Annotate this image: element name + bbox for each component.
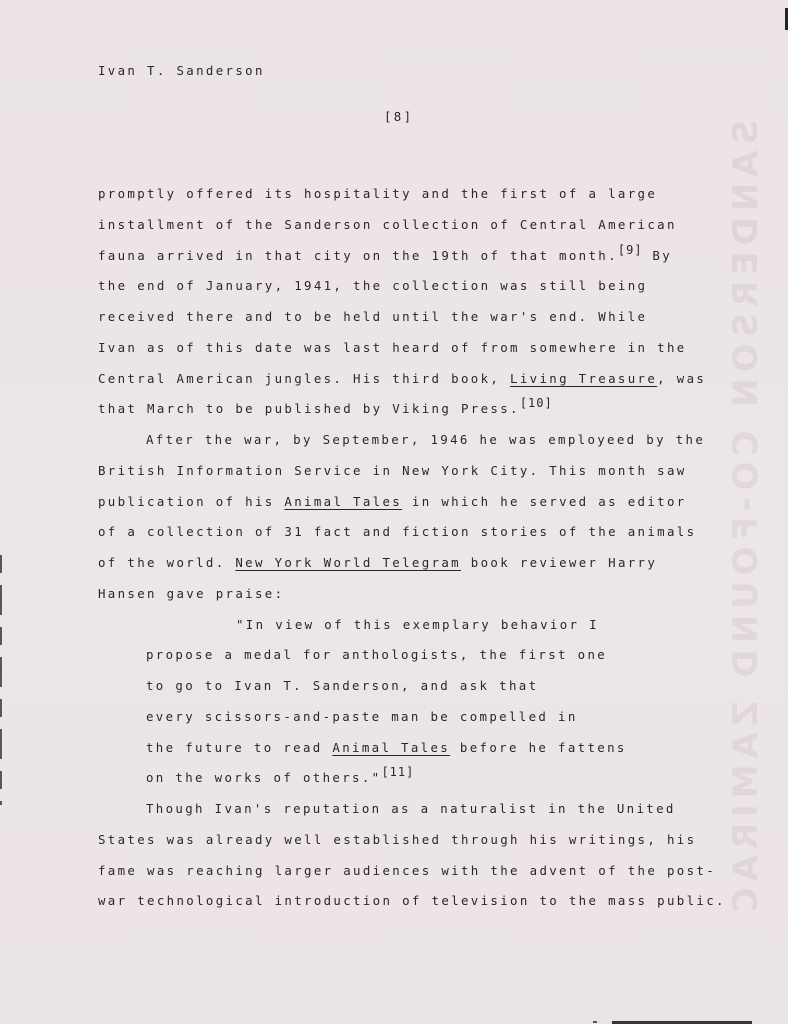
quote-line: to go to Ivan T. Sanderson, and ask that [146,678,538,694]
footnote-reference: [10] [520,396,553,410]
underlined-title: Animal Tales [332,740,450,755]
text-line: Ivan as of this date was last heard of f… [98,340,687,356]
text-line: After the war, by September, 1946 he was… [146,432,705,448]
underlined-title: New York World Telegram [235,555,461,570]
quote-line: propose a medal for anthologists, the fi… [146,647,607,663]
text-line: Central American jungles. His third book… [98,371,706,387]
text-line: the end of January, 1941, the collection… [98,278,647,294]
running-header-author: Ivan T. Sanderson [98,63,265,79]
bleed-through-text: SANDERSON CO-FOUND ZAMIRAC [726,120,786,940]
scan-edge-artifact [593,1021,597,1023]
quote-line: every scissors-and-paste man be compelle… [146,709,578,725]
text-line: war technological introduction of televi… [98,893,726,909]
text-line: Hansen gave praise: [98,586,284,602]
quote-line: "In view of this exemplary behavior I [236,617,599,633]
text-line: British Information Service in New York … [98,463,687,479]
text-line: fame was reaching larger audiences with … [98,863,716,879]
text-line: fauna arrived in that city on the 19th o… [98,248,672,264]
page-number: [8] [384,109,413,125]
footnote-reference: [11] [381,765,414,779]
underlined-title: Living Treasure [510,371,657,386]
quote-line: the future to read Animal Tales before h… [146,740,627,756]
text-line: received there and to be held until the … [98,309,647,325]
text-line: Though Ivan's reputation as a naturalist… [146,801,676,817]
underlined-title: Animal Tales [284,494,402,509]
text-line: publication of his Animal Tales in which… [98,494,687,510]
text-line: of the world. New York World Telegram bo… [98,555,657,571]
document-page: SANDERSON CO-FOUND ZAMIRAC Ivan T. Sande… [0,0,788,1024]
scan-edge-artifact [0,555,2,805]
quote-line: on the works of others."[11] [146,770,414,786]
text-line: promptly offered its hospitality and the… [98,186,657,202]
footnote-reference: [9] [618,243,643,257]
text-line: of a collection of 31 fact and fiction s… [98,524,696,540]
text-line: that March to be published by Viking Pre… [98,401,553,417]
text-line: installment of the Sanderson collection … [98,217,677,233]
text-line: States was already well established thro… [98,832,696,848]
